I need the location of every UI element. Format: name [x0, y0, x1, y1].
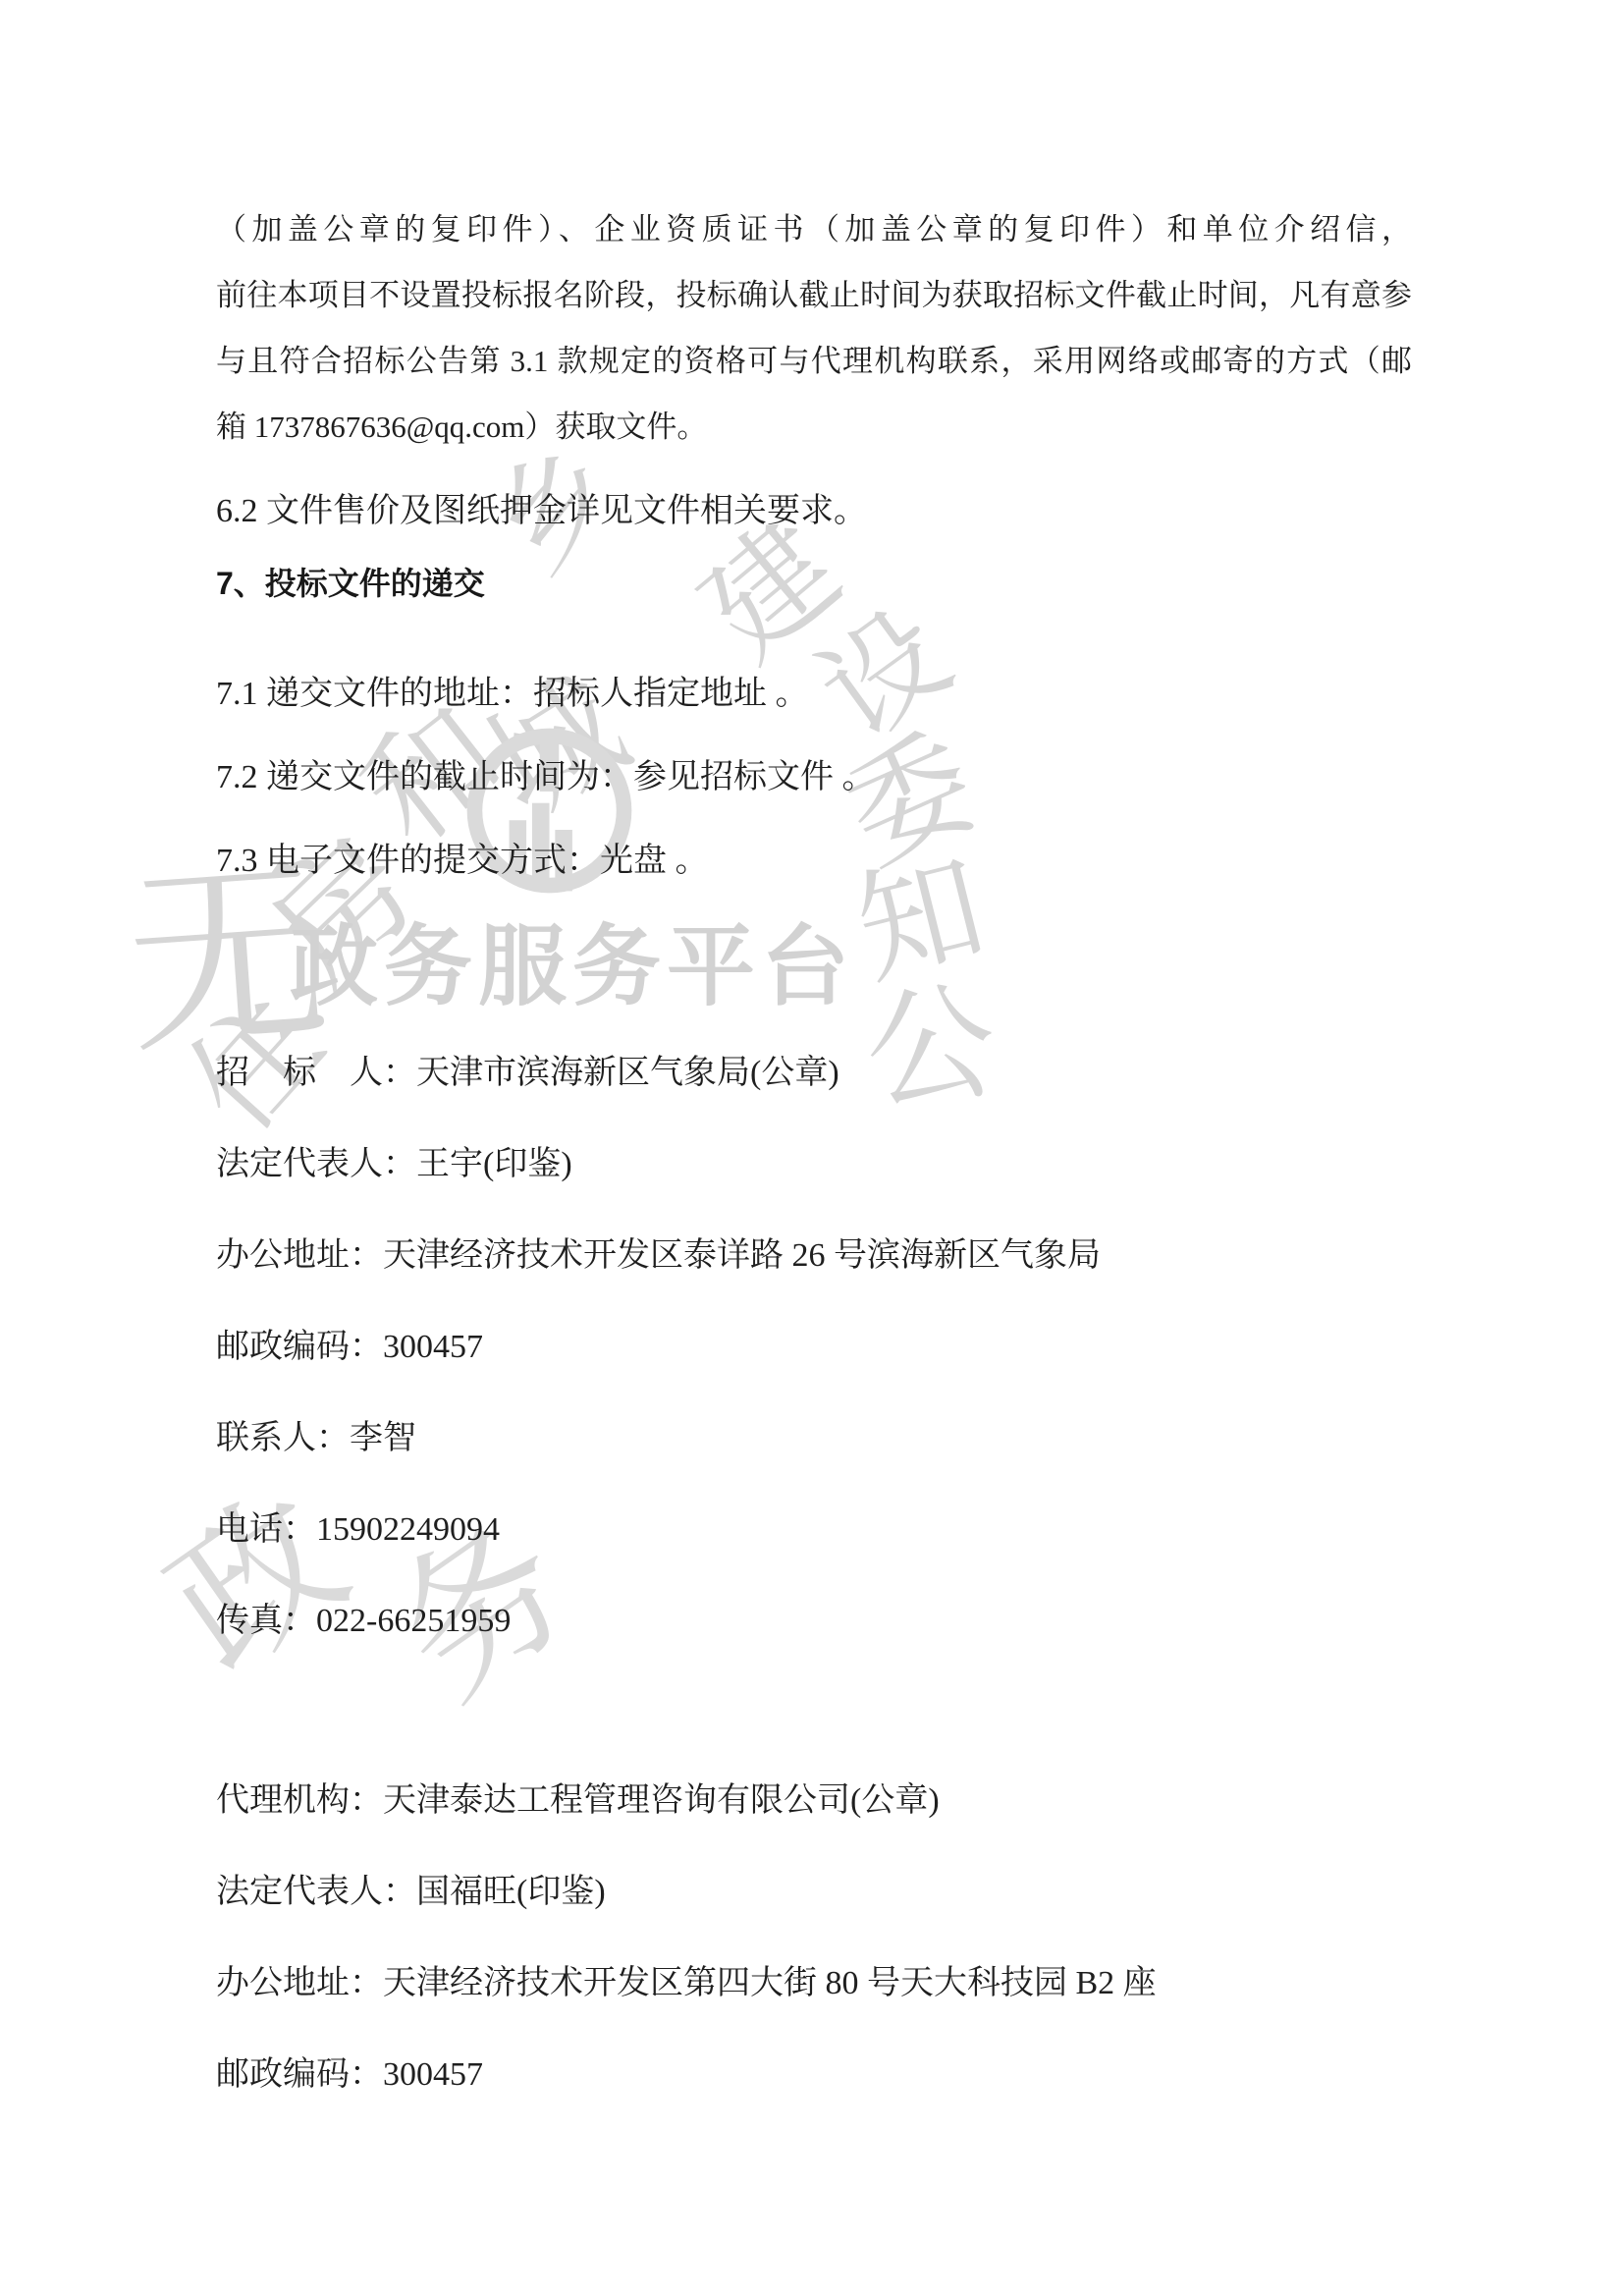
agency-postcode-row: 邮政编码：300457: [216, 2051, 1412, 2099]
agency-name-row: 代理机构：天津泰达工程管理咨询有限公司(公章): [216, 1777, 1412, 1825]
field-label: 办公地址：: [216, 1237, 383, 1274]
tenderer-name-row: 招 标 人：天津市滨海新区气象局(公章): [216, 1050, 1412, 1097]
clause-6-2: 6.2 文件售价及图纸押金详见文件相关要求。: [216, 488, 1412, 535]
field-value: 天津经济技术开发区泰详路 26 号滨海新区气象局: [383, 1237, 1101, 1274]
field-label: 联系人：: [216, 1420, 350, 1456]
field-value: 国福旺(印鉴): [416, 1874, 606, 1910]
field-label: 法定代表人：: [216, 1146, 416, 1182]
paragraph-line: 前往本项目不设置投标报名阶段，投标确认截止时间为获取招标文件截止时间，凡有意参: [216, 262, 1412, 328]
field-value: 天津经济技术开发区第四大街 80 号天大科技园 B2 座: [383, 1965, 1157, 2001]
paragraph-line: 与且符合招标公告第 3.1 款规定的资格可与代理机构联系，采用网络或邮寄的方式（…: [216, 328, 1412, 394]
field-value: 300457: [383, 1329, 483, 1365]
paragraph-notice: （加盖公章的复印件）、企业资质证书（加盖公章的复印件）和单位介绍信， 前往本项目…: [216, 196, 1412, 460]
field-label: 邮政编码：: [216, 2056, 383, 2093]
field-label: 法定代表人：: [216, 1874, 416, 1910]
field-value: 天津市滨海新区气象局(公章): [416, 1055, 839, 1091]
field-label: 招 标 人：: [216, 1055, 416, 1091]
tenderer-fax-row: 传真：022-66251959: [216, 1598, 1412, 1645]
paragraph-line: 箱 1737867636@qq.com）获取文件。: [216, 394, 1412, 460]
tenderer-address-row: 办公地址：天津经济技术开发区泰详路 26 号滨海新区气象局: [216, 1232, 1412, 1280]
tenderer-postcode-row: 邮政编码：300457: [216, 1324, 1412, 1371]
field-value: 李智: [350, 1420, 416, 1456]
field-value: 022-66251959: [316, 1603, 511, 1639]
clause-7-1: 7.1 递交文件的地址：招标人指定地址 。: [216, 671, 1412, 718]
field-label: 传真：: [216, 1603, 316, 1639]
section-7-heading: 7、投标文件的递交: [216, 562, 1412, 605]
clause-7-3: 7.3 电子文件的提交方式：光盘 。: [216, 838, 1412, 885]
field-value: 王宇(印鉴): [416, 1146, 572, 1182]
field-value: 15902249094: [316, 1511, 500, 1548]
field-value: 300457: [383, 2056, 483, 2093]
field-label: 办公地址：: [216, 1965, 383, 2001]
field-label: 电话：: [216, 1511, 316, 1548]
paragraph-line: （加盖公章的复印件）、企业资质证书（加盖公章的复印件）和单位介绍信，: [216, 196, 1412, 262]
field-label: 邮政编码：: [216, 1329, 383, 1365]
field-label: 代理机构：: [216, 1782, 383, 1819]
agency-legal-rep-row: 法定代表人：国福旺(印鉴): [216, 1869, 1412, 1916]
tenderer-legal-rep-row: 法定代表人：王宇(印鉴): [216, 1141, 1412, 1188]
clause-7-2: 7.2 递交文件的截止时间为：参见招标文件 。: [216, 754, 1412, 801]
tenderer-contact-row: 联系人：李智: [216, 1415, 1412, 1462]
agency-address-row: 办公地址：天津经济技术开发区第四大街 80 号天大科技园 B2 座: [216, 1960, 1412, 2007]
field-value: 天津泰达工程管理咨询有限公司(公章): [383, 1782, 940, 1819]
document-content: （加盖公章的复印件）、企业资质证书（加盖公章的复印件）和单位介绍信， 前往本项目…: [216, 0, 1412, 2099]
tenderer-phone-row: 电话：15902249094: [216, 1506, 1412, 1554]
document-page: 住 房 和 城 乡 建 设 委 知 公 无 政务服务平台 政 务 （加盖公章的复…: [0, 0, 1623, 2296]
